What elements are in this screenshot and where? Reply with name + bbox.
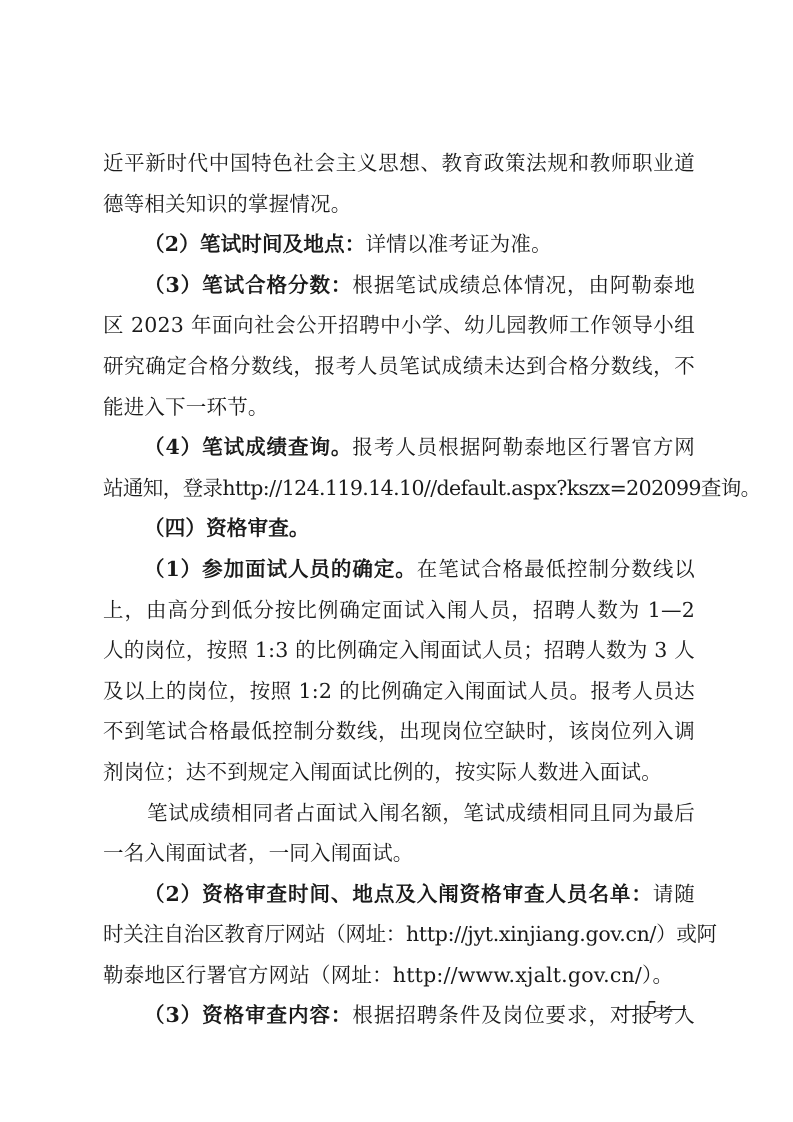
line-text: 人的岗位，按照 1:3 的比例确定入闱面试人员；招聘人数为 3 人 bbox=[103, 638, 695, 662]
section-review-content: （3）资格审查内容：根据招聘条件及岗位要求，对报考人 bbox=[103, 995, 695, 1036]
paragraph-line: 站通知，登录http://124.119.14.10//default.aspx… bbox=[103, 468, 695, 509]
paragraph-line: 区 2023 年面向社会公开招聘中小学、幼儿园教师工作领导小组 bbox=[103, 305, 695, 346]
paragraph-line: 能进入下一环节。 bbox=[103, 387, 695, 428]
section-heading: （3）笔试合格分数： bbox=[144, 273, 352, 297]
section-interview-candidates: （1）参加面试人员的确定。在笔试合格最低控制分数线以 bbox=[103, 549, 695, 590]
section-score-query: （4）笔试成绩查询。报考人员根据阿勒泰地区行署官方网 bbox=[103, 427, 695, 468]
line-text: 根据笔试成绩总体情况，由阿勒泰地 bbox=[352, 273, 695, 297]
paragraph-line: 剂岗位；达不到规定入闱面试比例的，按实际人数进入面试。 bbox=[103, 752, 695, 793]
document-body: 近平新时代中国特色社会主义思想、教育政策法规和教师职业道 德等相关知识的掌握情况… bbox=[103, 143, 695, 1036]
section-review-time-place: （2）资格审查时间、地点及入闱资格审查人员名单：请随 bbox=[103, 874, 695, 915]
page-number: — 5 — bbox=[618, 997, 688, 1020]
line-text: 区 2023 年面向社会公开招聘中小学、幼儿园教师工作领导小组 bbox=[103, 313, 695, 337]
line-text: 一名入闱面试者，一同入闱面试。 bbox=[103, 841, 414, 865]
section-heading: （2）资格审查时间、地点及入闱资格审查人员名单： bbox=[144, 882, 653, 906]
paragraph-line: 勒泰地区行署官方网站（网址：http://www.xjalt.gov.cn/）。 bbox=[103, 955, 695, 996]
line-text: 及以上的岗位，按照 1:2 的比例确定入闱面试人员。报考人员达 bbox=[103, 679, 695, 703]
section-written-exam-time: （2）笔试时间及地点：详情以准考证为准。 bbox=[103, 224, 695, 265]
line-text: 剂岗位；达不到规定入闱面试比例的，按实际人数进入面试。 bbox=[103, 760, 662, 784]
line-text: 近平新时代中国特色社会主义思想、教育政策法规和教师职业道 bbox=[103, 151, 695, 175]
line-text: 不到笔试合格最低控制分数线，出现岗位空缺时，该岗位列入调 bbox=[103, 719, 695, 743]
line-text: 详情以准考证为准。 bbox=[365, 232, 551, 256]
line-text: 上，由高分到低分按比例确定面试入闱人员，招聘人数为 1—2 bbox=[103, 598, 695, 622]
line-text: 报考人员根据阿勒泰地区行署官方网 bbox=[352, 435, 695, 459]
section-heading: （2）笔试时间及地点： bbox=[144, 232, 365, 256]
line-text: 德等相关知识的掌握情况。 bbox=[103, 192, 351, 216]
paragraph-line: 人的岗位，按照 1:3 的比例确定入闱面试人员；招聘人数为 3 人 bbox=[103, 630, 695, 671]
paragraph-line: 一名入闱面试者，一同入闱面试。 bbox=[103, 833, 695, 874]
section-heading: （3）资格审查内容： bbox=[144, 1003, 352, 1027]
line-text: 在笔试合格最低控制分数线以 bbox=[417, 557, 695, 581]
section-pass-score: （3）笔试合格分数：根据笔试成绩总体情况，由阿勒泰地 bbox=[103, 265, 695, 306]
section-heading: （1）参加面试人员的确定。 bbox=[144, 557, 417, 581]
paragraph-line: 德等相关知识的掌握情况。 bbox=[103, 184, 695, 225]
paragraph-line: 笔试成绩相同者占面试入闱名额，笔试成绩相同且同为最后 bbox=[103, 793, 695, 834]
paragraph-line: 近平新时代中国特色社会主义思想、教育政策法规和教师职业道 bbox=[103, 143, 695, 184]
paragraph-line: 时关注自治区教育厅网站（网址：http://jyt.xinjiang.gov.c… bbox=[103, 914, 695, 955]
score-query-url-line: 站通知，登录http://124.119.14.10//default.aspx… bbox=[103, 476, 761, 500]
paragraph-line: 研究确定合格分数线，报考人员笔试成绩未达到合格分数线，不 bbox=[103, 346, 695, 387]
section-qualification-review: （四）资格审查。 bbox=[103, 508, 695, 549]
section-heading: （4）笔试成绩查询。 bbox=[144, 435, 352, 459]
line-text: 请随 bbox=[653, 882, 695, 906]
paragraph-line: 不到笔试合格最低控制分数线，出现岗位空缺时，该岗位列入调 bbox=[103, 711, 695, 752]
paragraph-line: 上，由高分到低分按比例确定面试入闱人员，招聘人数为 1—2 bbox=[103, 590, 695, 631]
education-dept-url-line: 时关注自治区教育厅网站（网址：http://jyt.xinjiang.gov.c… bbox=[103, 922, 717, 946]
prefecture-url-line: 勒泰地区行署官方网站（网址：http://www.xjalt.gov.cn/）。 bbox=[103, 963, 673, 987]
paragraph-line: 及以上的岗位，按照 1:2 的比例确定入闱面试人员。报考人员达 bbox=[103, 671, 695, 712]
line-text: 笔试成绩相同者占面试入闱名额，笔试成绩相同且同为最后 bbox=[147, 801, 695, 825]
section-heading: （四）资格审查。 bbox=[144, 516, 310, 540]
line-text: 能进入下一环节。 bbox=[103, 395, 269, 419]
line-text: 研究确定合格分数线，报考人员笔试成绩未达到合格分数线，不 bbox=[103, 354, 695, 378]
